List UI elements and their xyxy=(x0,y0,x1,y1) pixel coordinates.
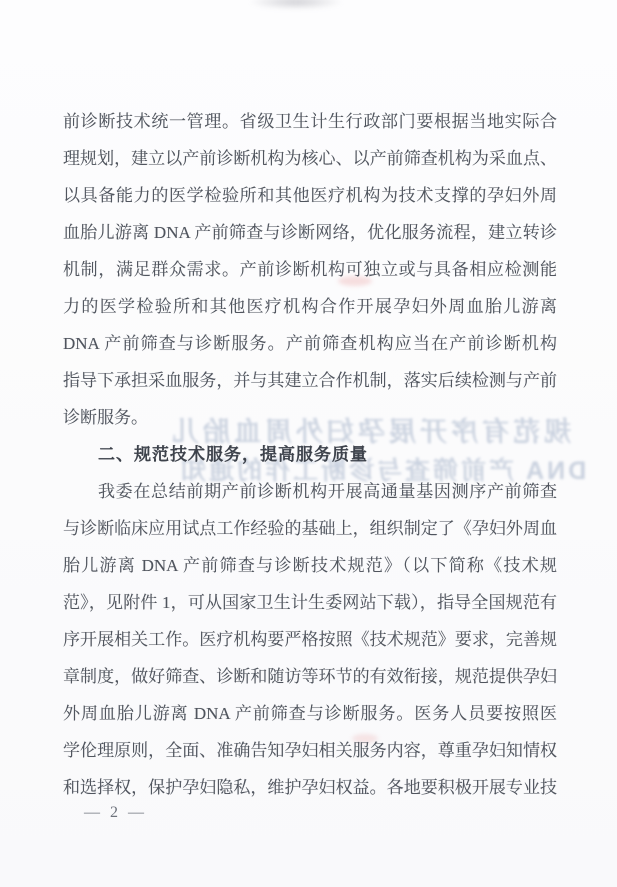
body-line: 外周血胎儿游离 DNA 产前筛查与诊断服务。医务人员要按照医 xyxy=(63,695,557,732)
body-line: 章制度，做好筛查、诊断和随访等环节的有效衔接，规范提供孕妇 xyxy=(63,658,557,695)
body-line: 与诊断临床应用试点工作经验的基础上，组织制定了《孕妇外周血 xyxy=(63,510,557,547)
section-heading: 二、规范技术服务，提高服务质量 xyxy=(63,436,557,473)
body-line: 以具备能力的医学检验所和其他医疗机构为技术支撑的孕妇外周 xyxy=(63,177,557,214)
body-line: 血胎儿游离 DNA 产前筛查与诊断网络，优化服务流程，建立转诊 xyxy=(63,214,557,251)
body-line: 范》，见附件 1，可从国家卫生计生委网站下载），指导全国规范有 xyxy=(63,584,557,621)
body-line: 我委在总结前期产前诊断机构开展高通量基因测序产前筛查 xyxy=(63,473,557,510)
body-line: 理规划，建立以产前诊断机构为核心、以产前筛查机构为采血点、 xyxy=(63,140,557,177)
body-line: 前诊断技术统一管理。省级卫生计生行政部门要根据当地实际合 xyxy=(63,103,557,140)
body-line: 和选择权，保护孕妇隐私，维护孕妇权益。各地要积极开展专业技 xyxy=(63,769,557,806)
document-body: 前诊断技术统一管理。省级卫生计生行政部门要根据当地实际合 理规划，建立以产前诊断… xyxy=(63,103,557,806)
body-line: 机制，满足群众需求。产前诊断机构可独立或与具备相应检测能 xyxy=(63,251,557,288)
page-number: — 2 — xyxy=(84,804,147,822)
body-line: 序开展相关工作。医疗机构要严格按照《技术规范》要求，完善规 xyxy=(63,621,557,658)
body-line: 胎儿游离 DNA 产前筛查与诊断技术规范》（以下简称《技术规 xyxy=(63,547,557,584)
body-line: 指导下承担采血服务，并与其建立合作机制，落实后续检测与产前 xyxy=(63,362,557,399)
document-page: 规范有序开展孕妇外周血胎儿 DNA 产前筛查与诊断工作的通知 前诊断技术统一管理… xyxy=(0,0,617,887)
body-line: DNA 产前筛查与诊断服务。产前筛查机构应当在产前诊断机构 xyxy=(63,325,557,362)
body-line: 力的医学检验所和其他医疗机构合作开展孕妇外周血胎儿游离 xyxy=(63,288,557,325)
body-line: 学伦理原则，全面、准确告知孕妇相关服务内容，尊重孕妇知情权 xyxy=(63,732,557,769)
body-line: 诊断服务。 xyxy=(63,399,557,436)
